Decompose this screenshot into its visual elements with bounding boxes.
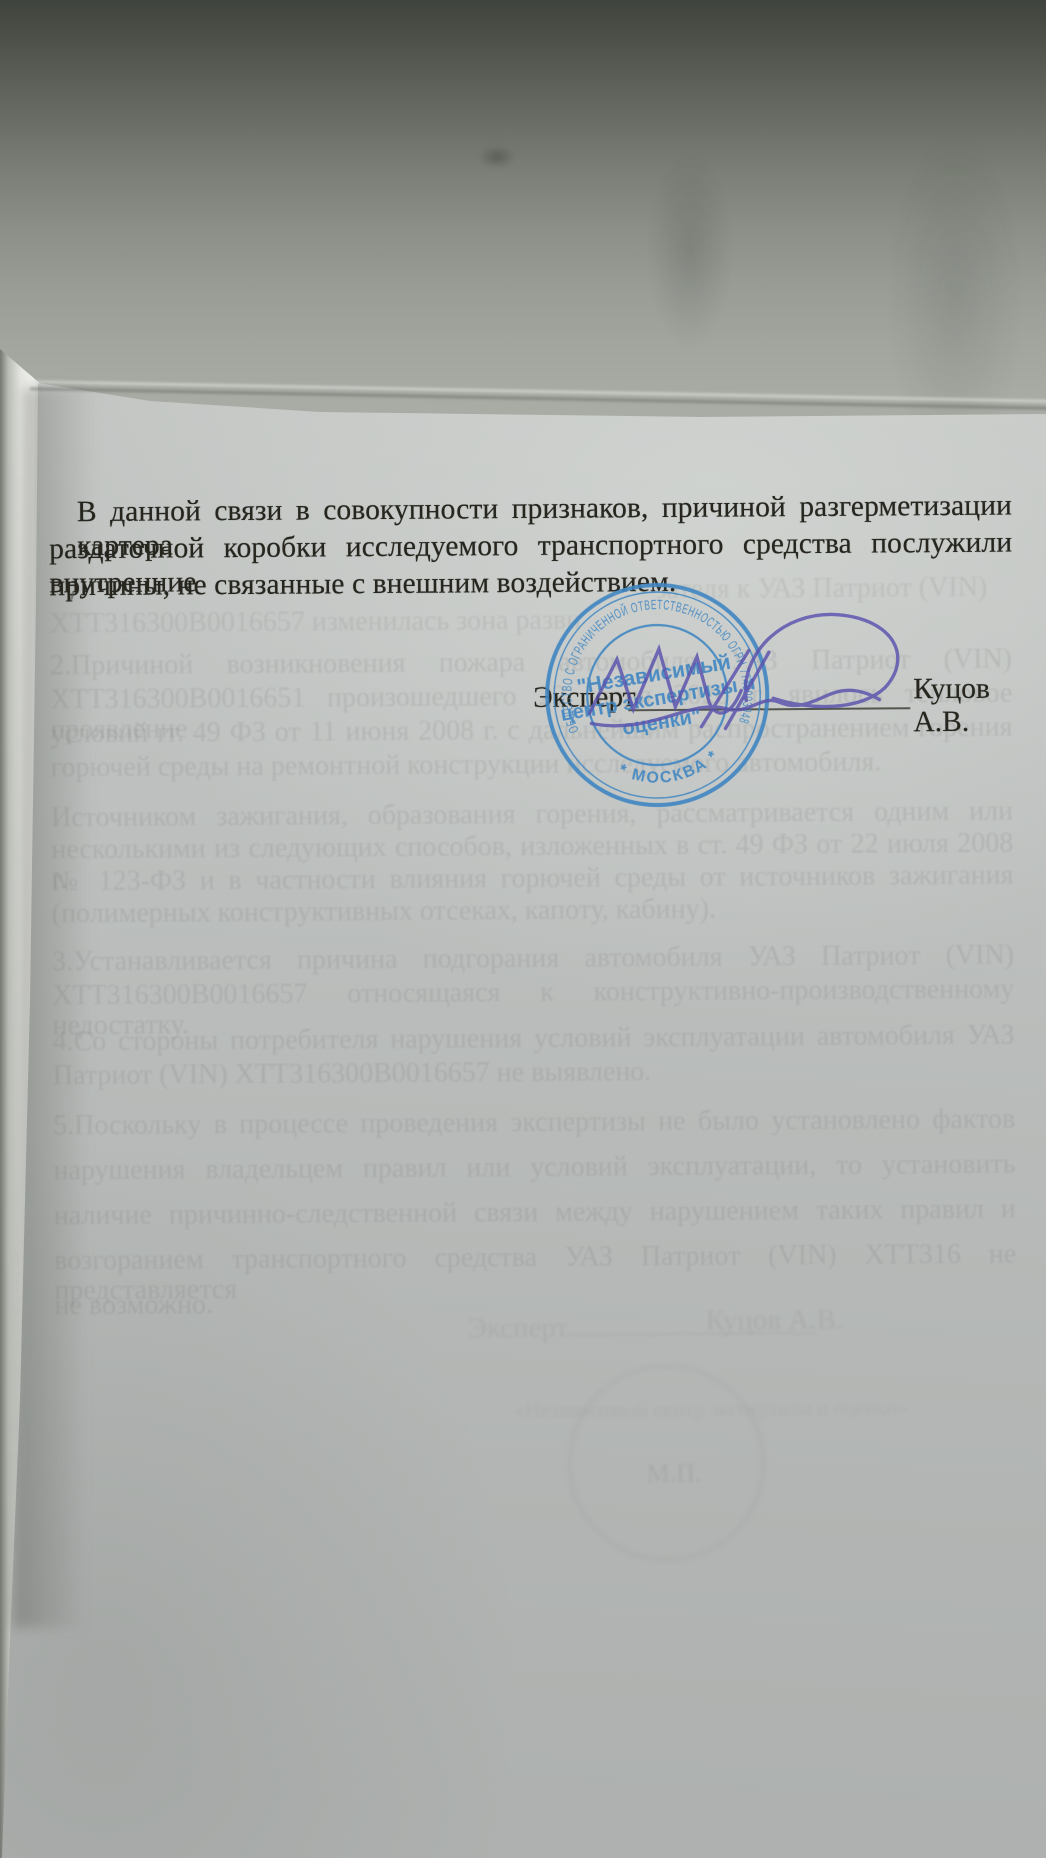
photo-of-document: В данной связи в совокупности признаков,… bbox=[0, 0, 1046, 1858]
bleedthrough-line: № 123-ФЗ и в частности влияния горючей с… bbox=[51, 861, 1013, 898]
bleedthrough-line: 3.Устанавливается причина подгорания авт… bbox=[52, 941, 1014, 978]
page-content: В данной связи в совокупности признаков,… bbox=[0, 0, 1046, 1858]
bleedthrough-line: (полимерных конструктивных отсеках, капо… bbox=[52, 893, 1014, 930]
signature-ink bbox=[540, 583, 941, 756]
ghost-expert-name: Куцов А.В. bbox=[705, 1304, 843, 1338]
bleedthrough-line: 5.Поскольку в процессе проведения экспер… bbox=[53, 1105, 1015, 1142]
ghost-mp-label: М.П. bbox=[647, 1459, 702, 1489]
bleedthrough-line: Патриот (VIN) ХТТ316300В0016657 не выявл… bbox=[53, 1055, 1015, 1092]
ghost-stamp-note: «Независимый центр экспертизы и оценки» bbox=[506, 1395, 916, 1423]
bleedthrough-line: наличие причинно-следственной связи межд… bbox=[54, 1195, 1016, 1232]
ghost-expert-label: Эксперт bbox=[468, 1312, 569, 1346]
bleedthrough-line: нарушения владельцем правил или условий … bbox=[53, 1150, 1015, 1187]
bleedthrough-line: 4.Со стороны потребителя нарушения услов… bbox=[53, 1021, 1015, 1058]
